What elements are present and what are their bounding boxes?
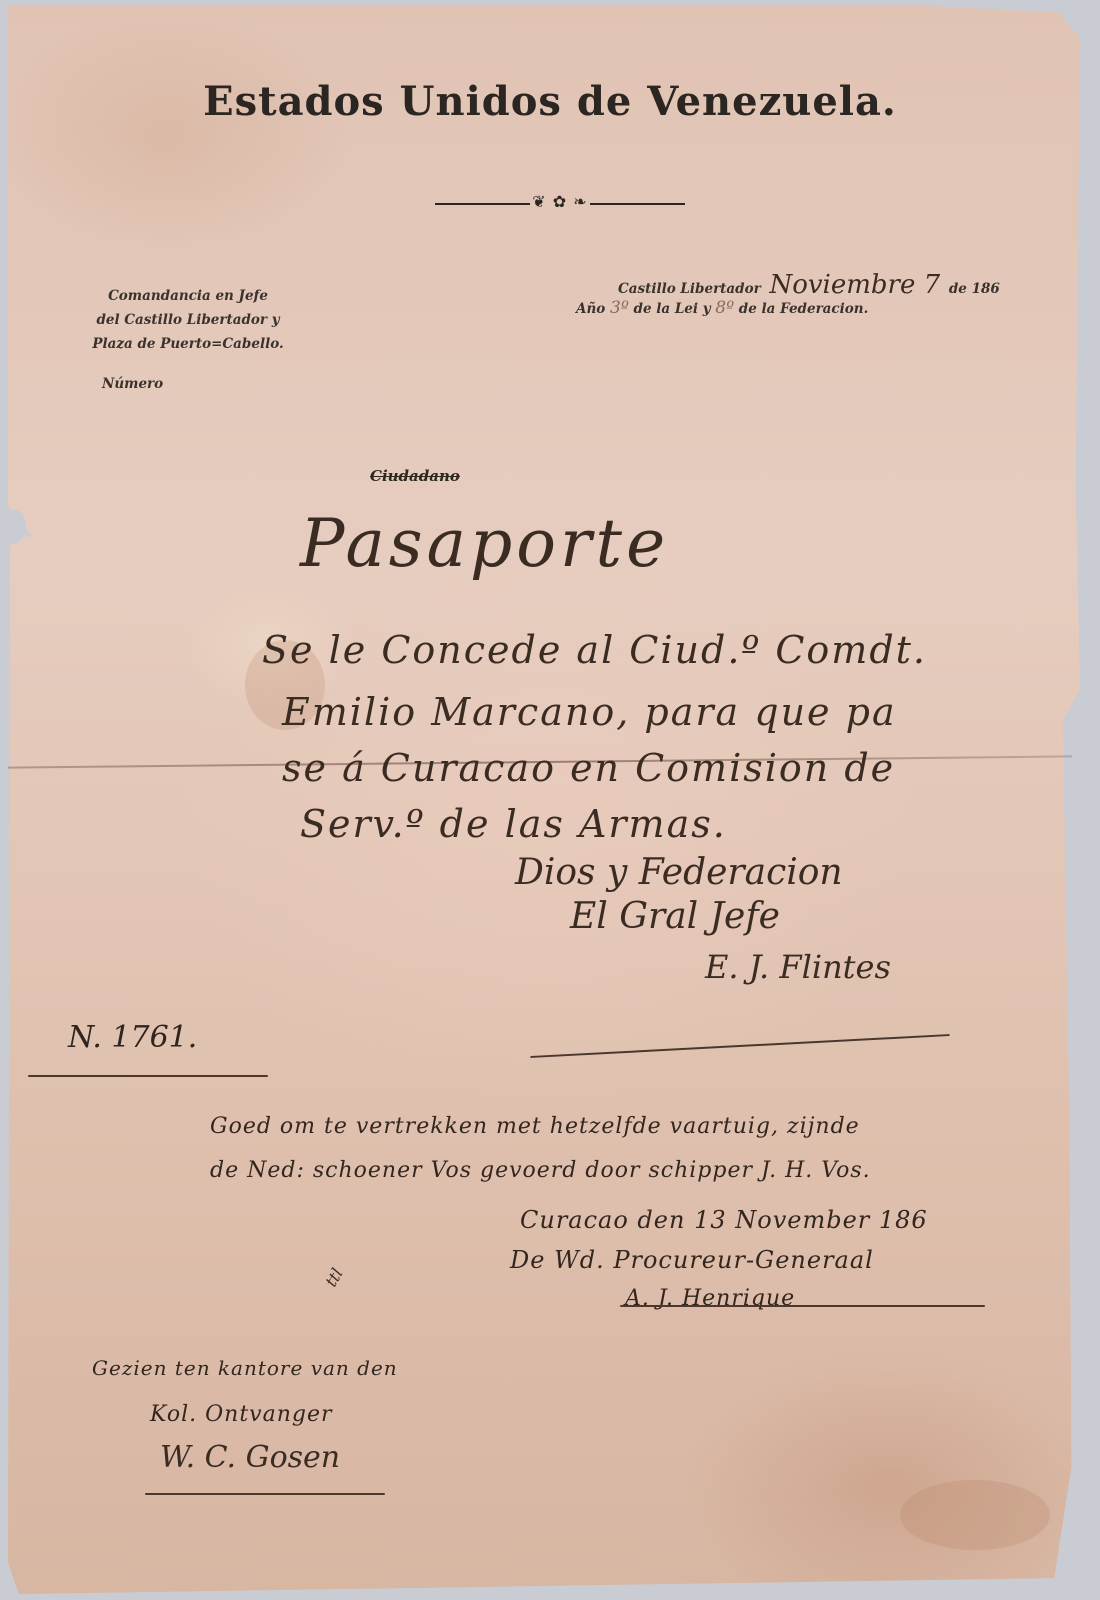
signature-flintes: E. J. Flintes bbox=[705, 948, 891, 986]
era-middle: de la Lei y bbox=[634, 301, 711, 317]
issuer-block: Comandancia en Jefe del Castillo Liberta… bbox=[68, 284, 308, 356]
endorsement-place-date: Curacao den 13 November 186 bbox=[520, 1206, 928, 1234]
number-underline bbox=[28, 1075, 268, 1077]
body-line-4: Serv.º de las Armas. bbox=[300, 802, 727, 846]
paper-tear bbox=[0, 510, 26, 544]
era-prefix: Año bbox=[576, 301, 605, 317]
issuer-line-1: Comandancia en Jefe bbox=[68, 284, 308, 308]
place-date-line: Castillo Libertador Noviembre 7 de 186 bbox=[618, 270, 1000, 300]
receipt-signature: W. C. Gosen bbox=[160, 1440, 340, 1475]
registration-number: N. 1761. bbox=[68, 1020, 197, 1055]
ley-year: 3º bbox=[610, 298, 629, 318]
era-line: Año 3º de la Lei y 8º de la Federacion. bbox=[576, 298, 868, 318]
receipt-line-1: Gezien ten kantore van den bbox=[92, 1356, 398, 1380]
era-suffix: de la Federacion. bbox=[739, 301, 869, 317]
endorsement-office: De Wd. Procureur-Generaal bbox=[510, 1246, 874, 1274]
ornament-divider: ❦ ✿ ❧ bbox=[435, 196, 685, 212]
endorsement-line-1: Goed om te vertrekken met hetzelfde vaar… bbox=[210, 1114, 860, 1139]
place-label: Castillo Libertador bbox=[618, 281, 761, 297]
foxing-stain bbox=[900, 1480, 1050, 1550]
issuer-line-2: del Castillo Libertador y bbox=[68, 308, 308, 332]
closing-line: Dios y Federacion bbox=[515, 852, 843, 893]
handwritten-month: Noviembre 7 bbox=[769, 270, 940, 300]
letterhead-title: Estados Unidos de Venezuela. bbox=[0, 78, 1100, 125]
body-line-1: Se le Concede al Ciud.º Comdt. bbox=[262, 628, 927, 672]
body-line-3: se á Curacao en Comision de bbox=[282, 746, 895, 790]
salutation-struck: Ciudadano bbox=[370, 467, 460, 485]
issuer-line-3: Plaza de Puerto=Cabello. bbox=[68, 332, 308, 356]
ornament-line-right bbox=[590, 203, 685, 205]
federacion-year: 8º bbox=[715, 298, 734, 318]
pasaporte-heading: Pasaporte bbox=[300, 505, 669, 582]
endorsement-signature: A. J. Henrique bbox=[625, 1286, 795, 1311]
receipt-underline bbox=[145, 1493, 385, 1495]
endorsement-underline bbox=[620, 1305, 985, 1307]
body-line-2: Emilio Marcano, para que pa bbox=[282, 690, 897, 734]
flourish-icon: ❦ ✿ ❧ bbox=[515, 192, 605, 211]
numero-label: Número bbox=[102, 376, 163, 392]
receipt-line-2: Kol. Ontvanger bbox=[150, 1402, 333, 1427]
endorsement-line-2: de Ned: schoener Vos gevoerd door schipp… bbox=[210, 1158, 871, 1183]
year-label: de 186 bbox=[949, 281, 1000, 297]
title-line: El Gral Jefe bbox=[570, 896, 780, 937]
